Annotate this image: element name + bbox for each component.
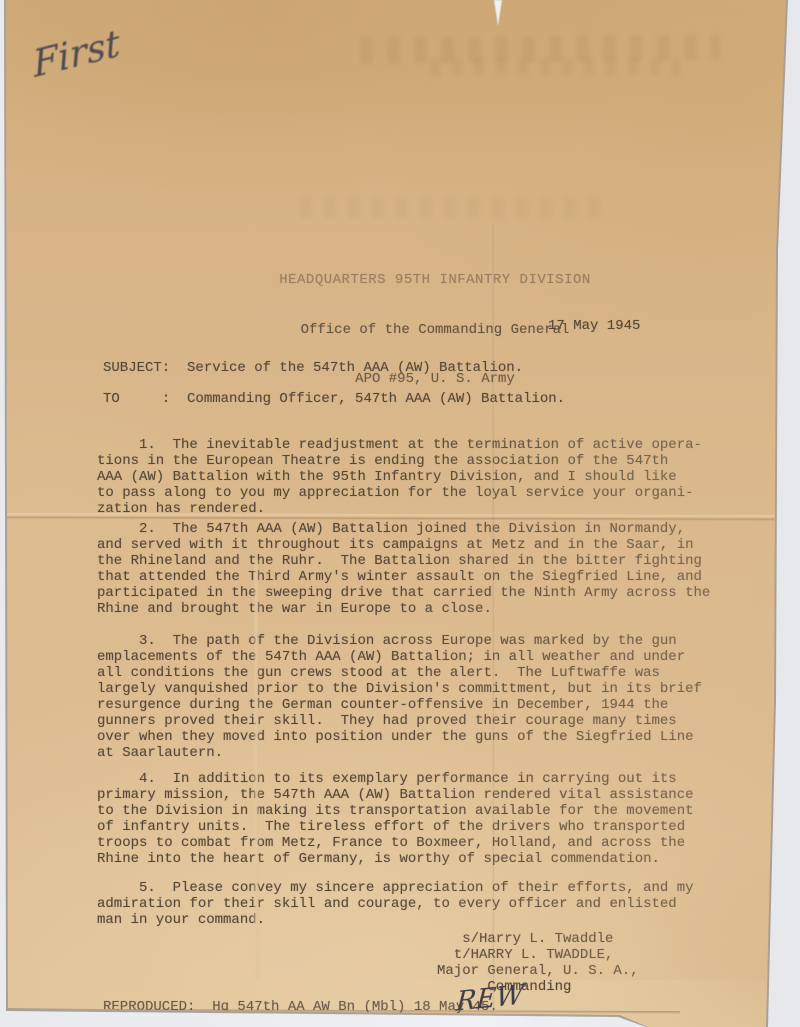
paragraph-3: 3. The path of the Division across Europ… xyxy=(97,633,702,761)
paragraph-4: 4. In addition to its exemplary performa… xyxy=(97,771,694,867)
paper-tear-notch xyxy=(494,0,502,26)
paragraph-5: 5. Please convey my sincere appreciation… xyxy=(97,880,694,928)
vertical-fold-crease xyxy=(253,560,260,980)
paragraph-2: 2. The 547th AAA (AW) Battalion joined t… xyxy=(97,521,710,617)
paragraph-1: 1. The inevitable readjustment at the te… xyxy=(97,437,702,517)
vertical-fold-crease xyxy=(492,225,495,1015)
letter-page: First HEADQUARTERS 95TH INFANTRY DIVISIO… xyxy=(0,0,800,1027)
scanned-letter: First HEADQUARTERS 95TH INFANTRY DIVISIO… xyxy=(0,0,800,1027)
